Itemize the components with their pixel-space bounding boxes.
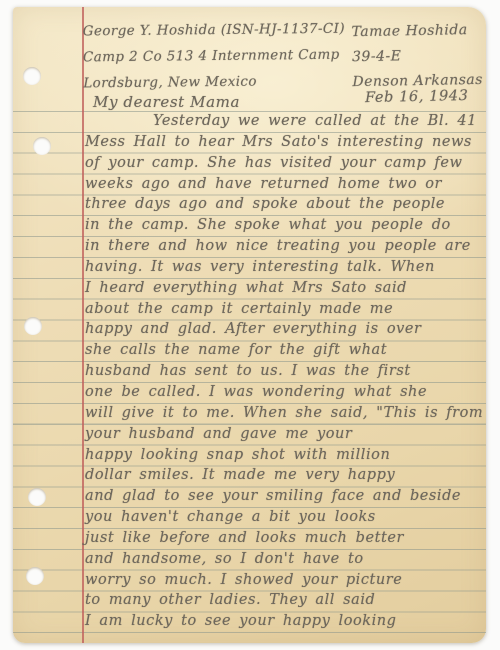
body-line: and handsome, so I don't have to: [85, 549, 478, 570]
body-line: and glad to see your smiling face and be…: [85, 486, 478, 507]
body-line: about the camp it certainly made me: [85, 299, 478, 320]
body-line: happy looking snap shot with million: [85, 445, 478, 466]
body-line: she calls the name for the gift what: [85, 340, 478, 361]
body-line: Yesterday we were called at the Bl. 41: [85, 111, 478, 132]
body-line: your husband and gave me your: [85, 424, 478, 445]
body-line: one be called. I was wondering what she: [85, 382, 478, 403]
body-line: just like before and looks much better: [85, 528, 478, 549]
body-line: in the camp. She spoke what you people d…: [85, 215, 478, 236]
body-line: Mess Hall to hear Mrs Sato's interesting…: [85, 132, 478, 153]
scanned-letter: George Y. Hoshida (ISN-HJ-1137-CI) Camp …: [0, 0, 500, 650]
punch-hole: [24, 317, 42, 335]
body-line: weeks ago and have returned home two or: [85, 174, 478, 195]
red-margin-line: [82, 7, 84, 643]
punch-hole: [33, 137, 51, 155]
body-line: I am lucky to see your happy looking: [85, 611, 478, 632]
letter-date: Feb 16, 1943: [365, 88, 469, 106]
body-line: dollar smiles. It made me very happy: [85, 465, 478, 486]
body-line: I heard everything what Mrs Sato said: [85, 278, 478, 299]
punch-hole: [23, 67, 41, 85]
body-line: to many other ladies. They all said: [85, 590, 478, 611]
sender-address-line: Camp 2 Co 513 4 Internment Camp: [83, 42, 346, 71]
recipient-address-line: 39-4-E: [352, 43, 483, 70]
punch-hole: [26, 567, 44, 585]
body-line: happy and glad. After everything is over: [85, 319, 478, 340]
body-line: worry so much. I showed your picture: [85, 570, 478, 591]
letter-body: Yesterday we were called at the Bl. 41Me…: [85, 111, 478, 632]
body-line: having. It was very interesting talk. Wh…: [85, 257, 478, 278]
sender-address-block: George Y. Hoshida (ISN-HJ-1137-CI) Camp …: [83, 16, 346, 97]
salutation: My dearest Mama: [93, 93, 240, 111]
sender-name: George Y. Hoshida (ISN-HJ-1137-CI): [83, 16, 346, 45]
body-line: three days ago and spoke about the peopl…: [85, 194, 478, 215]
body-line: in there and how nice treating you peopl…: [85, 236, 478, 257]
body-line: of your camp. She has visited your camp …: [85, 153, 478, 174]
body-line: will give it to me. When she said, "This…: [85, 403, 478, 424]
recipient-address-block: Tamae Hoshida 39-4-E Denson Arkansas: [351, 18, 483, 95]
recipient-name: Tamae Hoshida: [351, 18, 482, 45]
punch-hole: [28, 488, 46, 506]
body-line: you haven't change a bit you looks: [85, 507, 478, 528]
body-line: husband has sent to us. I was the first: [85, 361, 478, 382]
letter-paper: George Y. Hoshida (ISN-HJ-1137-CI) Camp …: [13, 7, 486, 643]
